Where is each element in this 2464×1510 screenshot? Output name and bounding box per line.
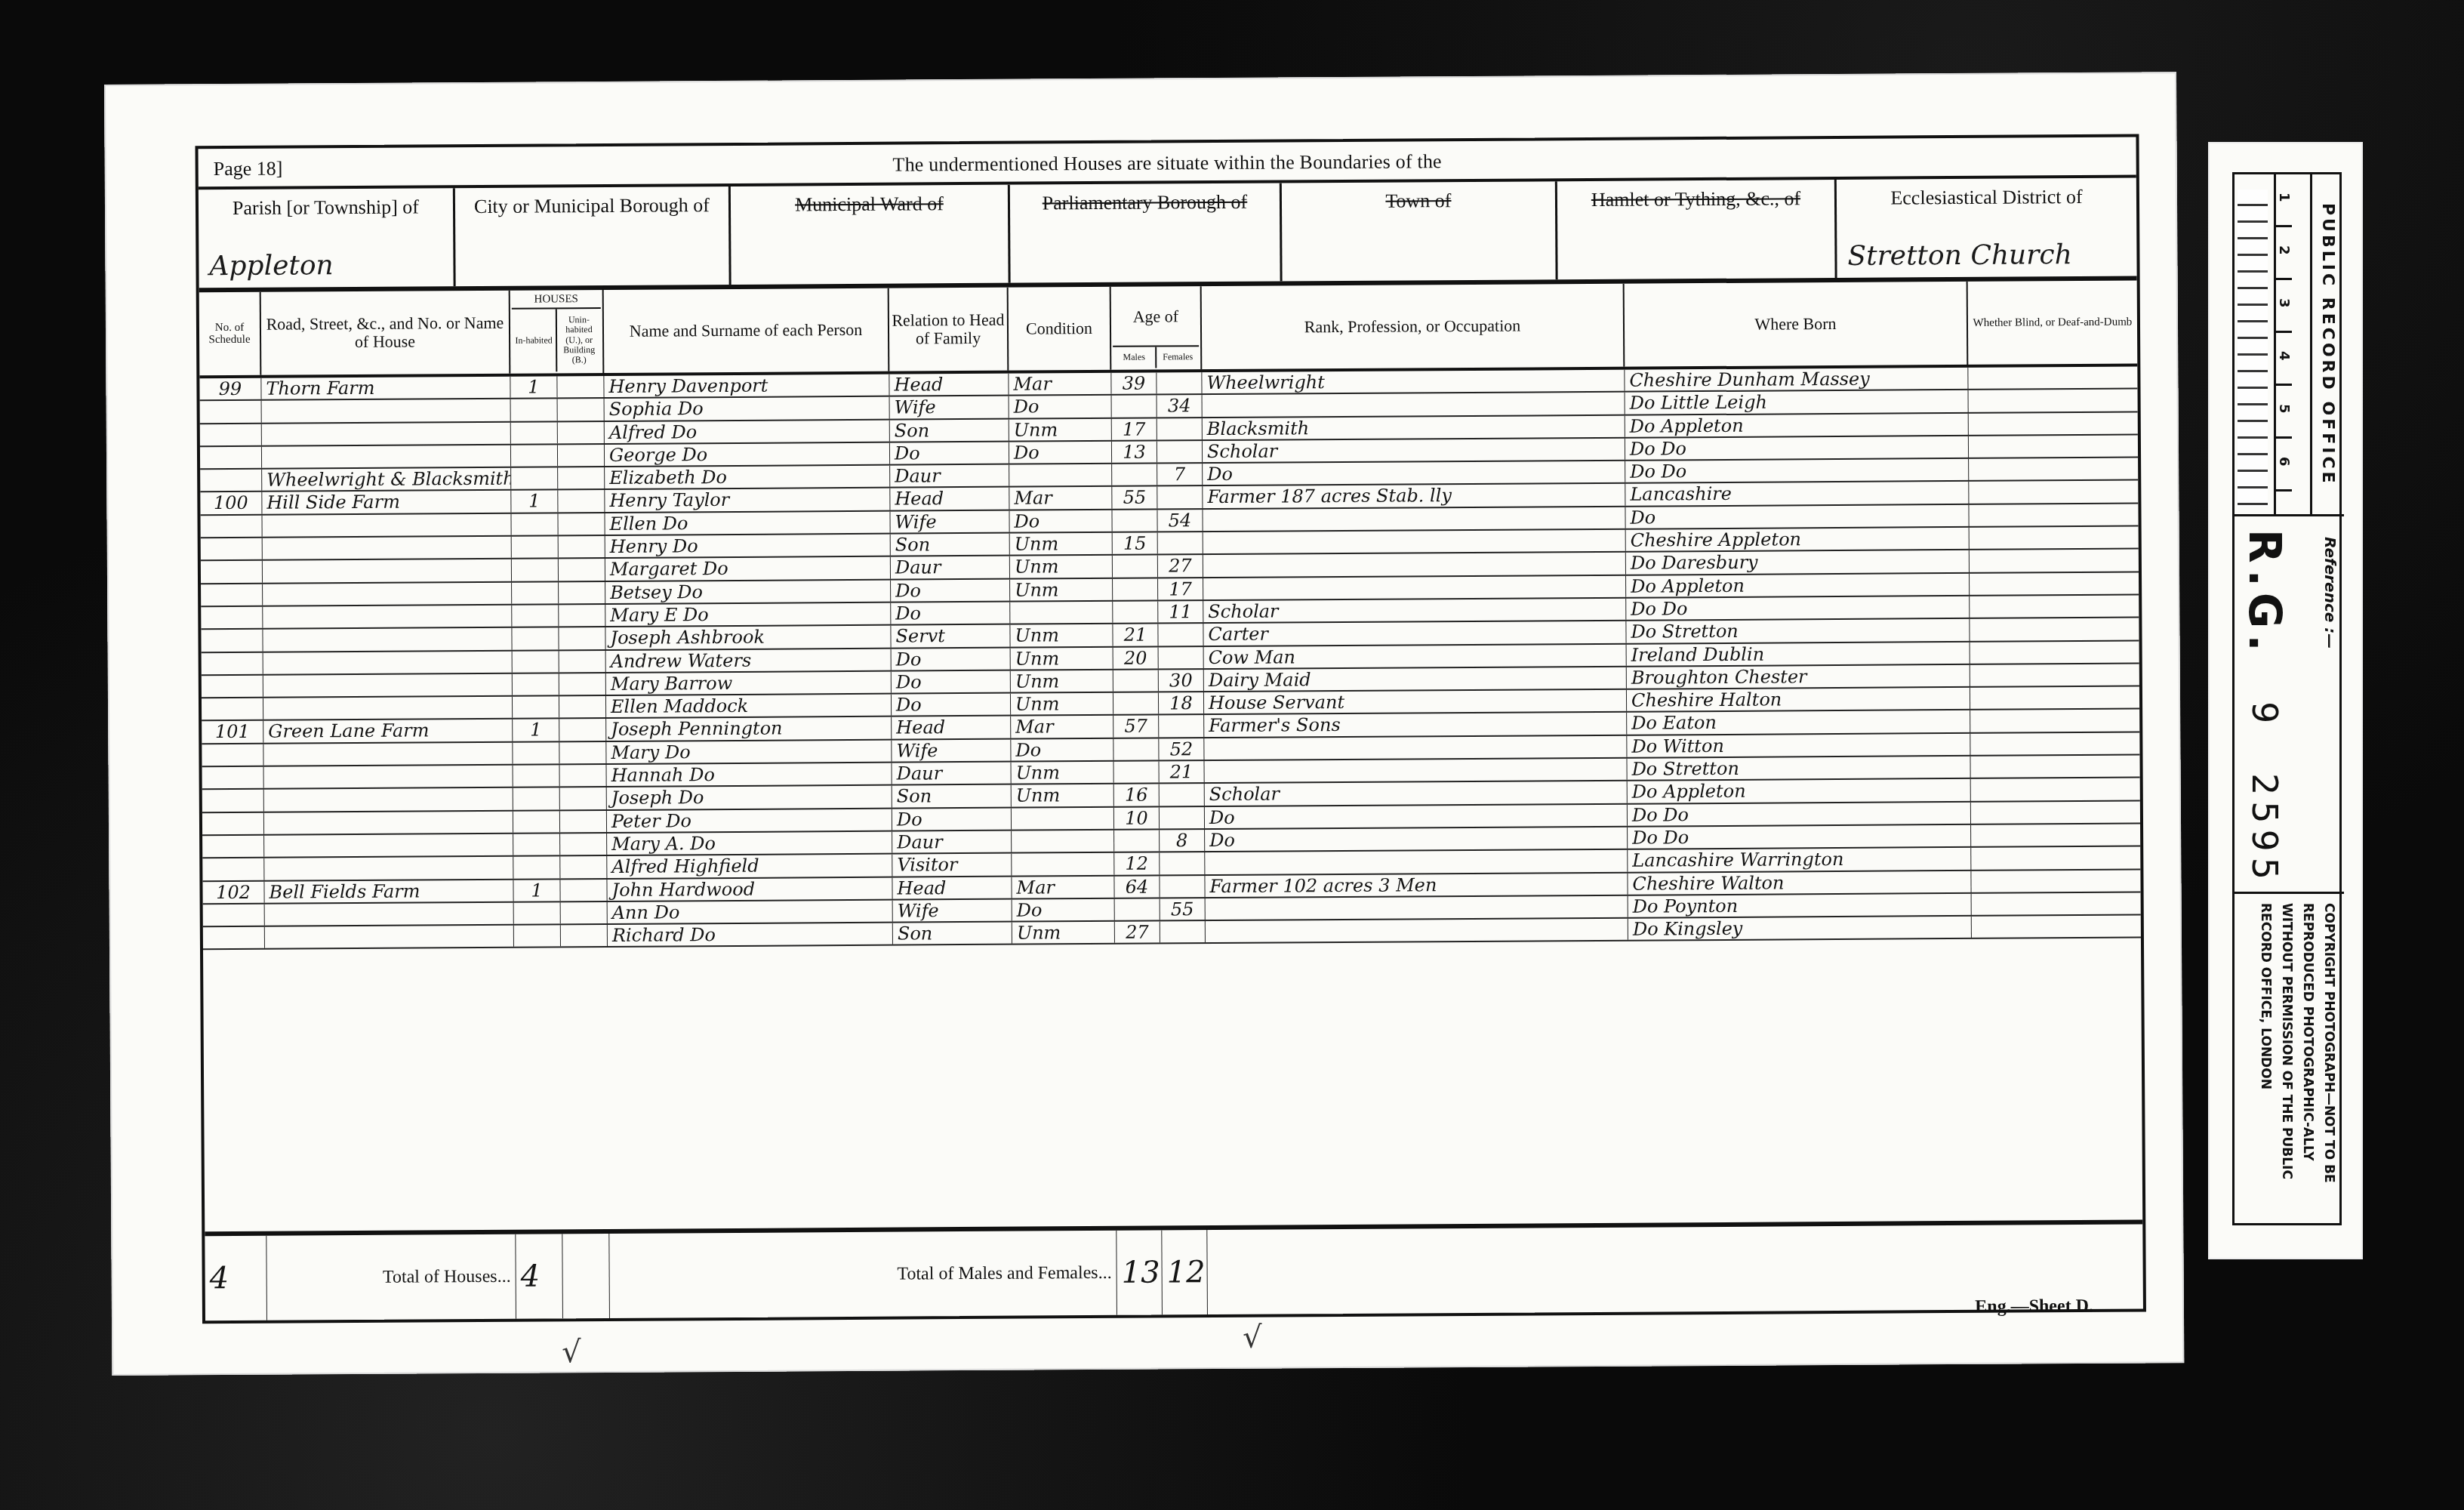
- house-address: [264, 811, 513, 834]
- parliamentary-field: Parliamentary Borough of: [1010, 183, 1283, 282]
- age-label: Age of: [1113, 288, 1199, 346]
- person-name: Henry Taylor: [605, 488, 890, 512]
- person-name: Mary Barrow: [606, 672, 892, 695]
- house-address: [263, 742, 513, 765]
- person-name: Sophia Do: [605, 397, 890, 421]
- person-name: Betsey Do: [605, 580, 891, 603]
- marital-condition: Mar: [1009, 373, 1111, 395]
- uninhabited-count: [559, 651, 606, 673]
- uninhabited-count: [559, 605, 605, 627]
- total-females: 12: [1162, 1230, 1208, 1314]
- schedule-number: 101: [202, 721, 263, 743]
- marital-condition: Do: [1009, 442, 1112, 464]
- ruler-number: 3: [2276, 280, 2292, 333]
- blind-deaf-status: [1970, 756, 2139, 778]
- col-houses: HOUSES In-habited Unin-habited (U.), or …: [510, 290, 605, 374]
- reference-number: 2595: [2244, 773, 2285, 886]
- blind-deaf-status: [1970, 710, 2139, 732]
- person-name: George Do: [605, 443, 890, 467]
- schedule-number: [201, 561, 263, 583]
- inhabited-count: [513, 673, 559, 695]
- schedule-number: [202, 698, 263, 720]
- male-age: [1112, 464, 1157, 486]
- house-address: [263, 606, 512, 628]
- marital-condition: Mar: [1012, 876, 1114, 898]
- ruler-ticks: [2238, 190, 2268, 507]
- total-mf-label: Total of Males and Females...: [609, 1231, 1117, 1318]
- occupation: Farmer 102 acres 3 Men: [1205, 873, 1628, 897]
- schedule-number: [203, 927, 265, 949]
- blind-deaf-status: [1969, 504, 2138, 526]
- female-age: [1160, 852, 1205, 874]
- marital-condition: Mar: [1011, 716, 1113, 738]
- inhabited-count: [512, 536, 559, 558]
- schedule-number: [201, 607, 263, 629]
- blind-deaf-status: [1970, 572, 2139, 595]
- male-age: [1113, 693, 1159, 715]
- col-blind: Whether Blind, or Deaf-and-Dumb: [1968, 281, 2138, 365]
- male-age: [1112, 510, 1157, 532]
- female-age: [1157, 372, 1202, 394]
- marital-condition: Unm: [1011, 670, 1113, 692]
- col-uninhabited: Unin-habited (U.), or Building (B.): [557, 308, 602, 371]
- male-age: 13: [1112, 441, 1157, 463]
- marital-condition: Unm: [1009, 418, 1112, 440]
- occupation: House Servant: [1204, 690, 1627, 714]
- birthplace: Do Appleton: [1626, 574, 1970, 597]
- inhabited-count: [513, 651, 559, 673]
- inhabited-count: [512, 628, 559, 650]
- birthplace: Cheshire Walton: [1628, 871, 1971, 894]
- male-age: 17: [1112, 418, 1157, 440]
- uninhabited-count: [560, 834, 607, 855]
- total-houses-value: 4: [516, 1234, 563, 1318]
- ruler-number: 4: [2276, 333, 2292, 386]
- census-table: No. of Schedule Road, Street, &c., and N…: [199, 281, 2143, 1321]
- uninhabited-count: [559, 559, 605, 581]
- female-age: 55: [1160, 898, 1206, 920]
- total-houses-label: Total of Houses...: [266, 1234, 516, 1320]
- male-age: 16: [1114, 784, 1160, 806]
- blind-deaf-status: [1972, 892, 2141, 915]
- birthplace: Lancashire: [1625, 482, 1969, 505]
- house-address: [262, 422, 511, 445]
- schedule-number: [202, 767, 264, 789]
- marital-condition: Unm: [1012, 922, 1115, 944]
- birthplace: Do Poynton: [1628, 894, 1972, 917]
- blind-deaf-status: [1971, 847, 2140, 870]
- birthplace: Cheshire Dunham Massey: [1625, 368, 1968, 391]
- schedule-number: [202, 652, 263, 674]
- sheet-label: Eng.—Sheet D.: [1975, 1296, 2093, 1317]
- birthplace: Do Little Leigh: [1625, 390, 1969, 414]
- uninhabited-count: [559, 719, 606, 741]
- male-age: [1114, 830, 1160, 852]
- female-age: [1157, 418, 1203, 440]
- uninhabited-count: [560, 811, 607, 833]
- occupation: [1203, 507, 1625, 531]
- blind-deaf-status: [1971, 778, 2140, 801]
- marital-condition: Unm: [1011, 693, 1113, 715]
- male-age: 39: [1111, 372, 1157, 394]
- person-name: John Hardwood: [607, 877, 892, 901]
- person-name: Mary Do: [606, 740, 892, 763]
- relation-to-head: Do: [891, 602, 1010, 624]
- female-age: 17: [1158, 578, 1203, 600]
- col-road: Road, Street, &c., and No. or Name of Ho…: [261, 291, 511, 375]
- person-name: Hannah Do: [607, 763, 892, 787]
- scale-ruler: 1 2 3 4 5 6 PUBLIC RECORD OFFICE: [2235, 174, 2344, 516]
- schedule-number: [202, 836, 264, 858]
- male-age: [1113, 556, 1158, 578]
- person-name: Henry Davenport: [604, 374, 889, 398]
- ruler-number: 2: [2276, 227, 2292, 280]
- blind-deaf-status: [1970, 596, 2139, 618]
- check-mark: √: [562, 1335, 581, 1370]
- male-age: [1112, 396, 1157, 418]
- blind-deaf-status: [1970, 641, 2139, 664]
- uninhabited-count: [559, 536, 605, 558]
- relation-to-head: Servt: [891, 625, 1010, 647]
- female-age: 11: [1158, 601, 1203, 623]
- occupation: Dairy Maid: [1204, 667, 1627, 692]
- birthplace: Broughton Chester: [1627, 665, 1970, 689]
- person-name: Joseph Ashbrook: [605, 626, 891, 649]
- relation-to-head: Do: [892, 671, 1011, 693]
- male-age: [1113, 578, 1158, 600]
- person-name: Elizabeth Do: [605, 466, 890, 489]
- inhabited-count: [512, 605, 559, 627]
- total-schedules: 4: [205, 1236, 267, 1320]
- uninhabited-count: [559, 742, 606, 764]
- house-address: [264, 788, 513, 811]
- col-females: Females: [1157, 347, 1199, 368]
- marital-condition: Unm: [1012, 784, 1114, 806]
- reference-value: R.G. 9 2595: [2239, 529, 2290, 886]
- schedule-number: [203, 904, 265, 926]
- ecclesiastical-label: Ecclesiastical District of: [1843, 186, 2130, 210]
- marital-condition: [1012, 807, 1114, 829]
- col-occupation: Rank, Profession, or Occupation: [1202, 284, 1625, 369]
- ruler-number: 5: [2276, 386, 2292, 439]
- ecclesiastical-value: Stretton Church: [1847, 239, 2072, 272]
- house-address: [263, 674, 513, 697]
- schedule-number: 100: [200, 492, 262, 514]
- occupation: [1206, 896, 1628, 920]
- schedule-number: [202, 744, 263, 766]
- col-where-born: Where Born: [1625, 282, 1969, 367]
- blind-deaf-status: [1969, 435, 2138, 458]
- female-age: [1157, 441, 1203, 463]
- relation-to-head: Head: [892, 877, 1012, 898]
- male-age: 10: [1114, 807, 1160, 829]
- house-address: Wheelwright & Blacksmith Shop: [262, 468, 511, 491]
- male-age: [1113, 670, 1159, 692]
- relation-to-head: Daur: [892, 763, 1012, 784]
- inhabited-count: 1: [513, 880, 560, 901]
- total-males: 13: [1116, 1230, 1163, 1314]
- inhabited-count: [511, 399, 558, 421]
- marital-condition: [1012, 830, 1114, 852]
- blind-deaf-status: [1969, 481, 2138, 504]
- hamlet-label: Hamlet or Tything, &c., of: [1563, 187, 1828, 211]
- relation-to-head: Visitor: [892, 854, 1012, 876]
- male-age: [1115, 898, 1160, 920]
- marital-condition: [1009, 464, 1112, 486]
- reference-block: Reference :— R.G. 9 2595: [2235, 514, 2344, 894]
- birthplace: Cheshire Halton: [1627, 688, 1970, 711]
- inhabited-count: [513, 857, 560, 879]
- relation-to-head: Son: [893, 923, 1012, 945]
- person-name: Ellen Do: [605, 511, 890, 535]
- female-age: 34: [1157, 395, 1203, 417]
- birthplace: Do Do: [1628, 825, 1971, 849]
- parish-value: Appleton: [209, 250, 333, 282]
- marital-condition: Unm: [1010, 579, 1113, 601]
- uninhabited-count: [558, 422, 605, 444]
- house-address: [264, 834, 513, 857]
- female-age: 30: [1159, 670, 1204, 692]
- person-name: Andrew Waters: [606, 649, 892, 672]
- person-name: Margaret Do: [605, 557, 891, 581]
- occupation: [1206, 919, 1628, 943]
- birthplace: Do Kingsley: [1628, 917, 1972, 940]
- relation-to-head: Head: [892, 716, 1011, 738]
- col-age: Age of Males Females: [1111, 286, 1203, 370]
- parish-label: Parish [or Township] of: [205, 196, 447, 220]
- male-age: [1113, 601, 1158, 623]
- boundary-row: Parish [or Township] of Appleton City or…: [199, 178, 2137, 288]
- inhabited-count: [513, 834, 560, 855]
- blind-deaf-status: [1969, 458, 2138, 481]
- male-age: 55: [1112, 487, 1157, 509]
- person-name: Richard Do: [608, 923, 893, 947]
- inhabited-count: [512, 582, 559, 604]
- relation-to-head: Do: [892, 808, 1012, 830]
- totals-row: 4 Total of Houses... 4 Total of Males an…: [205, 1220, 2143, 1321]
- inhabited-count: [513, 696, 559, 718]
- person-name: Joseph Pennington: [606, 717, 892, 741]
- occupation: Do: [1203, 461, 1625, 485]
- blind-deaf-status: [1970, 732, 2139, 755]
- blind-deaf-status: [1969, 412, 2138, 435]
- occupation: [1205, 759, 1628, 783]
- col-name: Name and Surname of each Person: [604, 288, 890, 373]
- schedule-number: [201, 630, 263, 652]
- uninhabited-count: [558, 399, 605, 421]
- occupation: [1205, 850, 1628, 874]
- reference-label: Reference :—: [2321, 537, 2339, 649]
- house-address: Thorn Farm: [261, 377, 510, 399]
- uninhabited-count: [559, 582, 605, 604]
- blind-deaf-status: [1968, 367, 2137, 390]
- uninhabited-count: [560, 765, 607, 787]
- ward-label: Municipal Ward of: [737, 193, 1002, 217]
- pro-title: PUBLIC RECORD OFFICE: [2310, 174, 2342, 514]
- marital-condition: Unm: [1012, 762, 1114, 784]
- occupation: Wheelwright: [1202, 370, 1625, 394]
- occupation: Cow Man: [1204, 644, 1627, 668]
- schedule-number: [200, 516, 262, 538]
- female-age: 54: [1157, 510, 1203, 532]
- marital-condition: Unm: [1011, 647, 1113, 669]
- birthplace: Do Eaton: [1627, 710, 1970, 734]
- uninhabited-count: [559, 673, 606, 695]
- parish-field: Parish [or Township] of Appleton: [199, 188, 456, 288]
- blind-deaf-status: [1970, 527, 2139, 550]
- house-address: Bell Fields Farm: [264, 880, 513, 902]
- ruler-number: 6: [2276, 439, 2292, 492]
- uninhabited-count: [560, 856, 607, 878]
- inhabited-count: [512, 559, 559, 581]
- occupation: Do: [1205, 827, 1628, 852]
- marital-condition: Unm: [1010, 624, 1113, 646]
- marital-condition: Do: [1009, 510, 1112, 532]
- reference-piece: 9: [2244, 701, 2285, 729]
- relation-to-head: Wife: [890, 396, 1009, 418]
- blind-deaf-status: [1971, 801, 2140, 824]
- inhabited-count: [513, 742, 559, 764]
- person-name: Mary E Do: [605, 603, 891, 627]
- schedule-number: [200, 401, 262, 423]
- birthplace: Cheshire Appleton: [1626, 528, 1970, 551]
- marital-condition: Do: [1012, 899, 1115, 921]
- inhabited-count: [511, 513, 558, 535]
- house-address: [265, 903, 514, 926]
- houses-label: HOUSES: [512, 291, 601, 309]
- house-address: [264, 766, 513, 788]
- blind-deaf-status: [1969, 390, 2138, 412]
- person-name: Joseph Do: [607, 786, 892, 809]
- column-headers: No. of Schedule Road, Street, &c., and N…: [199, 281, 2138, 379]
- female-age: 18: [1159, 692, 1204, 714]
- female-age: 52: [1159, 738, 1204, 760]
- female-age: 8: [1160, 830, 1205, 852]
- occupation: [1203, 553, 1626, 577]
- female-age: 7: [1157, 464, 1203, 485]
- occupation: Do: [1205, 804, 1628, 828]
- relation-to-head: Daur: [890, 465, 1009, 487]
- col-inhabited: In-habited: [512, 309, 558, 372]
- house-address: Hill Side Farm: [262, 491, 511, 513]
- relation-to-head: Do: [892, 694, 1011, 716]
- person-name: Alfred Highfield: [607, 855, 892, 878]
- occupation: Scholar: [1205, 781, 1628, 806]
- inhabited-count: 1: [511, 491, 558, 513]
- occupation: Scholar: [1203, 439, 1625, 463]
- census-sheet: Page 18] The undermentioned Houses are s…: [104, 72, 2184, 1376]
- inhabited-count: [513, 765, 560, 787]
- occupation: Carter: [1203, 621, 1626, 646]
- ecclesiastical-field: Ecclesiastical District of Stretton Chur…: [1837, 178, 2137, 278]
- female-age: 27: [1158, 555, 1203, 577]
- uninhabited-count: [559, 696, 606, 718]
- schedule-number: [200, 447, 262, 469]
- person-name: Alfred Do: [605, 420, 890, 443]
- female-age: [1160, 784, 1205, 806]
- col-males: Males: [1113, 347, 1157, 368]
- relation-to-head: Head: [889, 374, 1009, 396]
- town-label: Town of: [1288, 189, 1549, 213]
- uninhabited-count: [558, 490, 605, 512]
- relation-to-head: Do: [892, 648, 1011, 670]
- boundary-title: The undermentioned Houses are situate wi…: [199, 146, 2136, 181]
- house-address: Green Lane Farm: [263, 720, 513, 742]
- uninhabited-count: [561, 925, 608, 947]
- reference-series: R.G.: [2239, 529, 2290, 657]
- borough-label: City or Municipal Borough of: [461, 194, 722, 218]
- check-mark: √: [1243, 1320, 1262, 1355]
- schedule-number: [200, 424, 262, 445]
- birthplace: Do Appleton: [1628, 779, 1971, 803]
- town-field: Town of: [1282, 181, 1558, 281]
- occupation: Scholar: [1203, 599, 1626, 623]
- schedule-number: [202, 790, 264, 812]
- female-age: [1159, 716, 1204, 738]
- marital-condition: Mar: [1009, 487, 1112, 509]
- birthplace: Lancashire Warrington: [1628, 848, 1971, 871]
- col-relation: Relation to Head of Family: [889, 288, 1009, 371]
- occupation: Farmer's Sons: [1204, 713, 1627, 737]
- marital-condition: Do: [1011, 739, 1113, 761]
- pro-frame: 1 2 3 4 5 6 PUBLIC RECORD OFFICE Referen…: [2232, 172, 2342, 1225]
- blind-deaf-status: [1970, 687, 2139, 710]
- uninhabited-count: [559, 627, 605, 649]
- relation-to-head: Son: [890, 419, 1009, 441]
- occupation: Blacksmith: [1203, 415, 1625, 439]
- female-age: [1160, 921, 1206, 943]
- house-address: [262, 445, 511, 468]
- birthplace: Do Appleton: [1625, 414, 1969, 437]
- blind-deaf-status: [1970, 618, 2139, 641]
- birthplace: Do Do: [1626, 596, 1970, 620]
- birthplace: Do Daresbury: [1626, 550, 1970, 574]
- birthplace: Do Do: [1625, 459, 1969, 482]
- occupation: Farmer 187 acres Stab. lly: [1203, 484, 1625, 508]
- inhabited-count: 1: [510, 376, 557, 398]
- birthplace: Do: [1625, 505, 1969, 528]
- male-age: 64: [1114, 876, 1160, 898]
- census-form: Page 18] The undermentioned Houses are s…: [195, 134, 2145, 1324]
- ruler-numbers: 1 2 3 4 5 6: [2274, 174, 2314, 514]
- female-age: [1158, 532, 1203, 554]
- schedule-number: [201, 538, 263, 560]
- male-age: 20: [1113, 647, 1159, 669]
- relation-to-head: Wife: [893, 900, 1012, 922]
- marital-condition: Do: [1009, 396, 1112, 418]
- schedule-number: 99: [199, 378, 261, 400]
- relation-to-head: Daur: [892, 831, 1012, 853]
- schedule-number: [201, 584, 263, 606]
- census-rows: 99Thorn Farm1Henry DavenportHeadMar39Whe…: [199, 367, 2141, 951]
- hamlet-field: Hamlet or Tything, &c., of: [1557, 180, 1837, 279]
- male-age: 27: [1115, 922, 1160, 944]
- copyright-notice: COPYRIGHT PHOTOGRAPH—NOT TO BE REPRODUCE…: [2235, 894, 2344, 1223]
- relation-to-head: Son: [891, 534, 1010, 556]
- relation-to-head: Wife: [892, 739, 1011, 761]
- uninhabited-count: [560, 879, 607, 901]
- borough-field: City or Municipal Borough of: [455, 186, 731, 286]
- person-name: Mary A. Do: [607, 832, 892, 855]
- parliamentary-label: Parliamentary Borough of: [1016, 191, 1274, 215]
- inhabited-count: [511, 422, 558, 444]
- uninhabited-count: [561, 902, 608, 924]
- birthplace: Do Do: [1628, 803, 1971, 826]
- birthplace: Do Stretton: [1626, 619, 1970, 643]
- house-address: [263, 651, 513, 673]
- blind-deaf-status: [1970, 664, 2139, 686]
- house-address: [263, 537, 512, 559]
